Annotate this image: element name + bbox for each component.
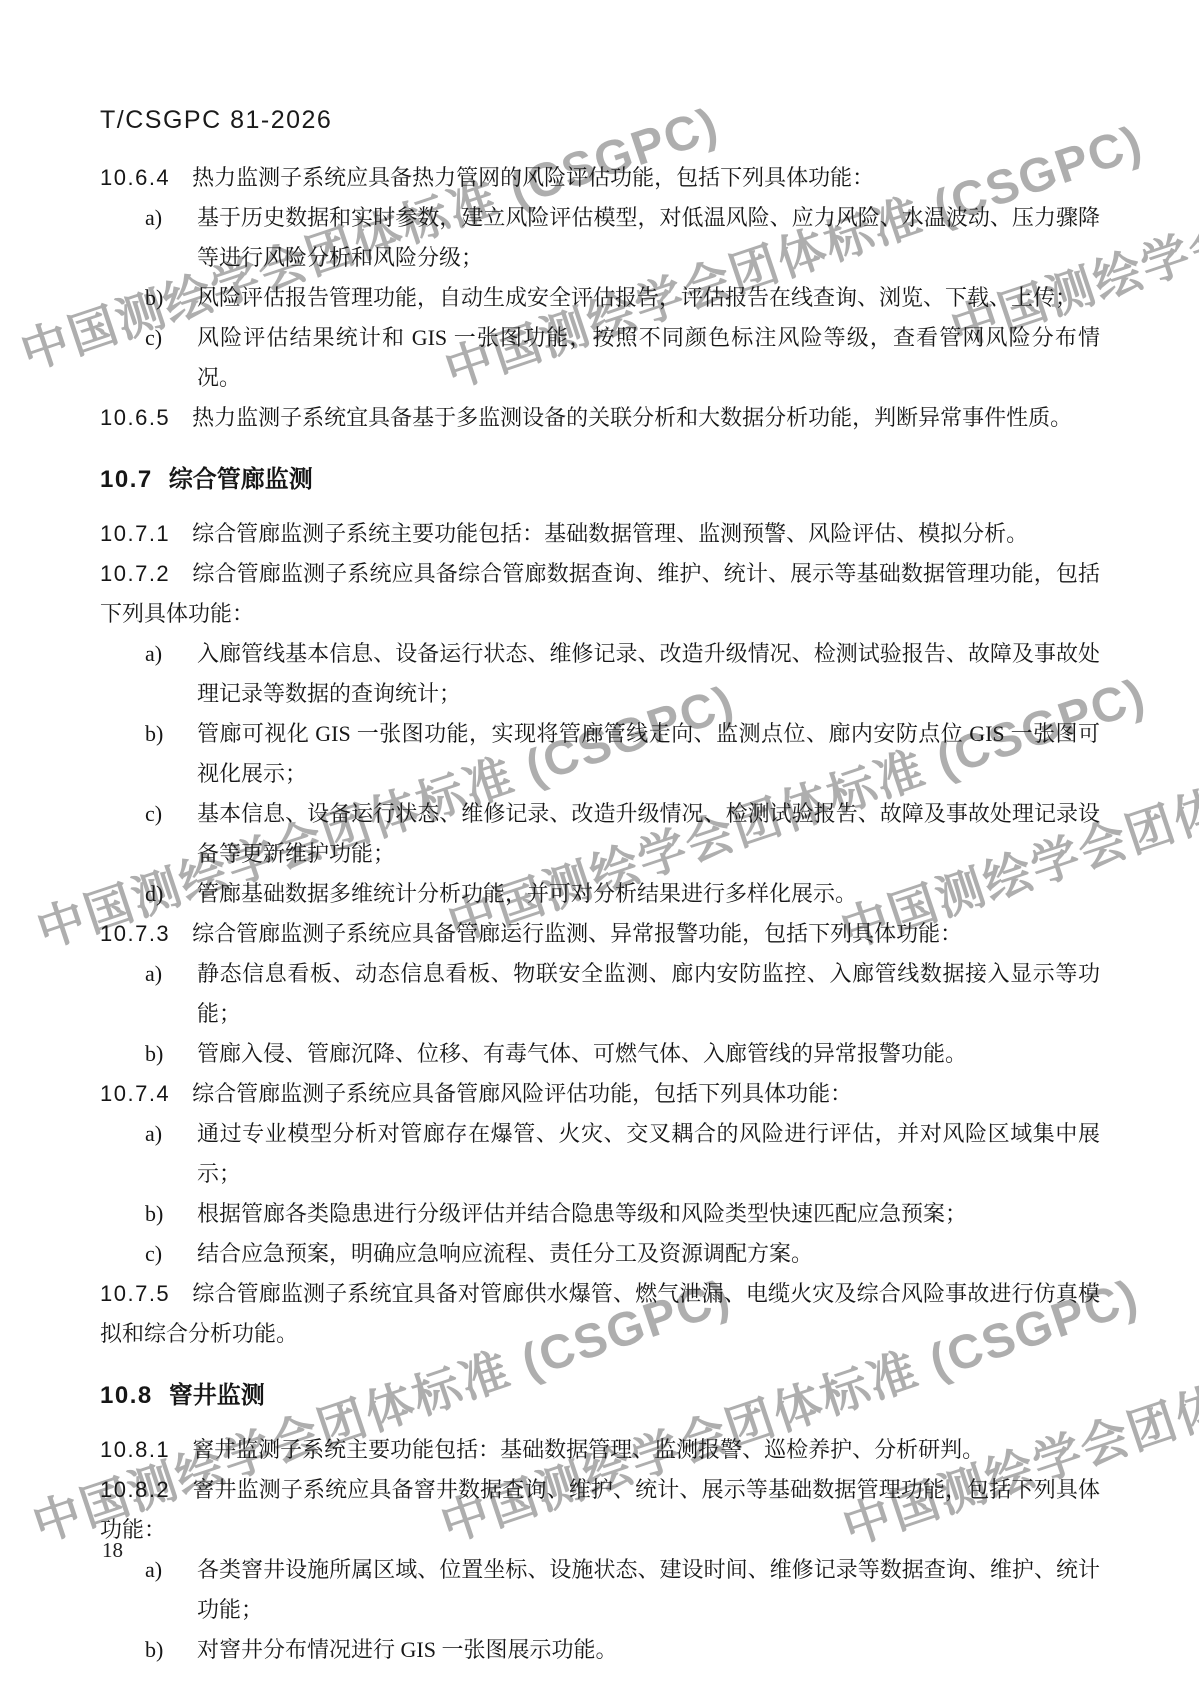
section-title: 窨井监测	[169, 1382, 265, 1409]
clause-paragraph: 10.7.1综合管廊监测子系统主要功能包括：基础数据管理、监测预警、风险评估、模…	[100, 514, 1100, 554]
list-item: b)风险评估报告管理功能，自动生成安全评估报告，评估报告在线查询、浏览、下载、上…	[100, 278, 1100, 318]
list-item-text: 结合应急预案，明确应急响应流程、责任分工及资源调配方案。	[197, 1234, 1100, 1274]
clause-number: 10.6.4	[100, 165, 170, 190]
list-item-text: 各类窨井设施所属区域、位置坐标、设施状态、建设时间、维修记录等数据查询、维护、统…	[197, 1550, 1100, 1630]
list-item-text: 风险评估报告管理功能，自动生成安全评估报告，评估报告在线查询、浏览、下载、上传；	[197, 278, 1100, 318]
clause-text: 综合管廊监测子系统应具备管廊风险评估功能，包括下列具体功能：	[192, 1081, 852, 1106]
clause-text: 综合管廊监测子系统宜具备对管廊供水爆管、燃气泄漏、电缆火灾及综合风险事故进行仿真…	[100, 1281, 1100, 1346]
list-item-label: a)	[145, 1550, 197, 1630]
list-item-text: 基本信息、设备运行状态、维修记录、改造升级情况、检测试验报告、故障及事故处理记录…	[197, 794, 1100, 874]
list-item-label: a)	[145, 954, 197, 1034]
document-page: 中国测绘学会团体标准 (CSGPC)中国测绘学会团体标准 (CSGPC)中国测绘…	[0, 0, 1199, 1696]
list-item-label: b)	[145, 1194, 197, 1234]
clause-number: 10.7.1	[100, 521, 170, 546]
list-item-label: c)	[145, 318, 197, 398]
list-item-label: a)	[145, 1114, 197, 1194]
list-item-label: b)	[145, 278, 197, 318]
clause-number: 10.8.2	[100, 1477, 170, 1502]
list-item-label: c)	[145, 794, 197, 874]
section-heading: 10.8窨井监测	[100, 1376, 1100, 1416]
list-item-label: b)	[145, 714, 197, 794]
clause-number: 10.7.4	[100, 1081, 170, 1106]
section-heading: 10.7综合管廊监测	[100, 460, 1100, 500]
clause-paragraph: 10.6.5热力监测子系统宜具备基于多监测设备的关联分析和大数据分析功能，判断异…	[100, 398, 1100, 438]
clause-paragraph: 10.8.2窨井监测子系统应具备窨井数据查询、维护、统计、展示等基础数据管理功能…	[100, 1470, 1100, 1550]
clause-text: 综合管廊监测子系统应具备综合管廊数据查询、维护、统计、展示等基础数据管理功能，包…	[100, 561, 1100, 626]
list-item-text: 基于历史数据和实时参数，建立风险评估模型，对低温风险、应力风险、水温波动、压力骤…	[197, 198, 1100, 278]
clause-number: 10.7.2	[100, 561, 170, 586]
list-item: b)管廊入侵、管廊沉降、位移、有毒气体、可燃气体、入廊管线的异常报警功能。	[100, 1034, 1100, 1074]
clause-paragraph: 10.6.4热力监测子系统应具备热力管网的风险评估功能，包括下列具体功能：	[100, 158, 1100, 198]
section-title: 综合管廊监测	[169, 466, 313, 493]
clause-text: 窨井监测子系统应具备窨井数据查询、维护、统计、展示等基础数据管理功能，包括下列具…	[100, 1477, 1100, 1542]
document-body: 10.6.4热力监测子系统应具备热力管网的风险评估功能，包括下列具体功能：a)基…	[100, 158, 1100, 1670]
section-number: 10.8	[100, 1382, 153, 1409]
list-item: a)静态信息看板、动态信息看板、物联安全监测、廊内安防监控、入廊管线数据接入显示…	[100, 954, 1100, 1034]
doc-code: T/CSGPC 81-2026	[100, 106, 332, 135]
list-item: b)管廊可视化 GIS 一张图功能，实现将管廊管线走向、监测点位、廊内安防点位 …	[100, 714, 1100, 794]
list-item: c)结合应急预案，明确应急响应流程、责任分工及资源调配方案。	[100, 1234, 1100, 1274]
list-item: a)入廊管线基本信息、设备运行状态、维修记录、改造升级情况、检测试验报告、故障及…	[100, 634, 1100, 714]
clause-text: 综合管廊监测子系统主要功能包括：基础数据管理、监测预警、风险评估、模拟分析。	[192, 521, 1028, 546]
list-item: a)基于历史数据和实时参数，建立风险评估模型，对低温风险、应力风险、水温波动、压…	[100, 198, 1100, 278]
list-item-text: 入廊管线基本信息、设备运行状态、维修记录、改造升级情况、检测试验报告、故障及事故…	[197, 634, 1100, 714]
clause-number: 10.7.3	[100, 921, 170, 946]
list-item-text: 通过专业模型分析对管廊存在爆管、火灾、交叉耦合的风险进行评估，并对风险区域集中展…	[197, 1114, 1100, 1194]
list-item-label: b)	[145, 1630, 197, 1670]
list-item: c)基本信息、设备运行状态、维修记录、改造升级情况、检测试验报告、故障及事故处理…	[100, 794, 1100, 874]
list-item: a)各类窨井设施所属区域、位置坐标、设施状态、建设时间、维修记录等数据查询、维护…	[100, 1550, 1100, 1630]
list-item-label: c)	[145, 1234, 197, 1274]
clause-text: 热力监测子系统应具备热力管网的风险评估功能，包括下列具体功能：	[192, 165, 874, 190]
list-item: c)风险评估结果统计和 GIS 一张图功能，按照不同颜色标注风险等级，查看管网风…	[100, 318, 1100, 398]
clause-paragraph: 10.7.5综合管廊监测子系统宜具备对管廊供水爆管、燃气泄漏、电缆火灾及综合风险…	[100, 1274, 1100, 1354]
clause-text: 窨井监测子系统主要功能包括：基础数据管理、监测报警、巡检养护、分析研判。	[192, 1437, 984, 1462]
section-number: 10.7	[100, 466, 153, 493]
list-item-text: 对窨井分布情况进行 GIS 一张图展示功能。	[197, 1630, 1100, 1670]
clause-number: 10.8.1	[100, 1437, 170, 1462]
list-item: b)根据管廊各类隐患进行分级评估并结合隐患等级和风险类型快速匹配应急预案；	[100, 1194, 1100, 1234]
list-item-text: 管廊基础数据多维统计分析功能，并可对分析结果进行多样化展示。	[197, 874, 1100, 914]
list-item: d)管廊基础数据多维统计分析功能，并可对分析结果进行多样化展示。	[100, 874, 1100, 914]
list-item: b)对窨井分布情况进行 GIS 一张图展示功能。	[100, 1630, 1100, 1670]
clause-number: 10.6.5	[100, 405, 170, 430]
list-item-text: 管廊可视化 GIS 一张图功能，实现将管廊管线走向、监测点位、廊内安防点位 GI…	[197, 714, 1100, 794]
clause-paragraph: 10.7.3综合管廊监测子系统应具备管廊运行监测、异常报警功能，包括下列具体功能…	[100, 914, 1100, 954]
list-item-label: a)	[145, 198, 197, 278]
page-number: 18	[102, 1538, 123, 1563]
clause-text: 热力监测子系统宜具备基于多监测设备的关联分析和大数据分析功能，判断异常事件性质。	[192, 405, 1072, 430]
list-item-label: a)	[145, 634, 197, 714]
list-item-text: 风险评估结果统计和 GIS 一张图功能，按照不同颜色标注风险等级，查看管网风险分…	[197, 318, 1100, 398]
list-item-text: 根据管廊各类隐患进行分级评估并结合隐患等级和风险类型快速匹配应急预案；	[197, 1194, 1100, 1234]
list-item-label: d)	[145, 874, 197, 914]
list-item: a)通过专业模型分析对管廊存在爆管、火灾、交叉耦合的风险进行评估，并对风险区域集…	[100, 1114, 1100, 1194]
clause-paragraph: 10.8.1窨井监测子系统主要功能包括：基础数据管理、监测报警、巡检养护、分析研…	[100, 1430, 1100, 1470]
clause-paragraph: 10.7.4综合管廊监测子系统应具备管廊风险评估功能，包括下列具体功能：	[100, 1074, 1100, 1114]
clause-text: 综合管廊监测子系统应具备管廊运行监测、异常报警功能，包括下列具体功能：	[192, 921, 962, 946]
clause-paragraph: 10.7.2综合管廊监测子系统应具备综合管廊数据查询、维护、统计、展示等基础数据…	[100, 554, 1100, 634]
clause-number: 10.7.5	[100, 1281, 170, 1306]
list-item-text: 静态信息看板、动态信息看板、物联安全监测、廊内安防监控、入廊管线数据接入显示等功…	[197, 954, 1100, 1034]
list-item-label: b)	[145, 1034, 197, 1074]
list-item-text: 管廊入侵、管廊沉降、位移、有毒气体、可燃气体、入廊管线的异常报警功能。	[197, 1034, 1100, 1074]
